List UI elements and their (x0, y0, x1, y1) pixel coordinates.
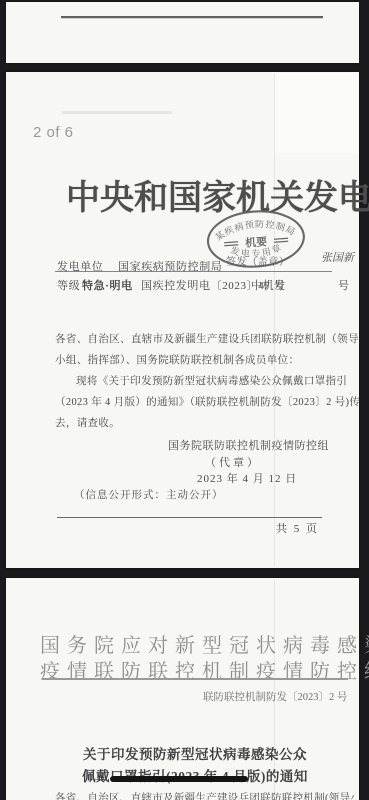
proxy-seal-note: （代章） (205, 454, 261, 470)
stamp-dash-left-bottom (224, 245, 238, 246)
pdf-viewer[interactable]: 2 of 6 中央和国家机关发电 某疾病预防控制局 机要 发电专用章 签发（盖章… (0, 0, 369, 800)
letterhead-rule (42, 678, 348, 680)
official-stamp: 某疾病预防控制局 机要 发电专用章 (201, 204, 311, 275)
notice-body-first-line: 各省、自治区、直辖市及新疆生产建设兵团联防联控机制(领导小 (55, 790, 355, 800)
scan-crease-line (274, 74, 275, 566)
stamp-dash-right-bottom (274, 241, 288, 242)
notice-title-line2: 佩戴口罩指引(2023 年 4 月版)的通知 (40, 765, 350, 785)
serial-prefix: 中机发 (251, 277, 286, 293)
redaction-bar (110, 776, 248, 782)
footer-rule (57, 517, 322, 518)
stamp-center-text: 机要 (245, 234, 268, 250)
stamp-dash-left-top (224, 242, 238, 243)
total-pages-label: 共 5 页 (276, 520, 319, 536)
page-indicator: 2 of 6 (33, 124, 74, 141)
notice-letterhead-line1: 国务院应对新型冠状病毒感染 (40, 629, 350, 658)
telegram-body-line: 去，请查收。 (55, 415, 120, 430)
scan-smudge (62, 111, 172, 114)
signer-name: 张国新 (321, 249, 354, 265)
grade-label: 等级 (57, 277, 80, 293)
disclosure-note: （信息公开形式：主动公开） (74, 487, 224, 502)
notice-title-line1: 关于印发预防新型冠状病毒感染公众 (40, 743, 350, 763)
notice-doc-number: 联防联控机制防发〔2023〕2 号 (203, 689, 347, 704)
previous-page-text-line (61, 16, 323, 18)
serial-suffix: 号 (338, 277, 350, 293)
scan-shading-artifact (275, 73, 358, 153)
signature-organization: 国务院联防联控机制疫情防控组 (168, 437, 329, 453)
grade-value: 特急·明电 (82, 277, 133, 293)
telegram-body-line: 各省、自治区、直辖市及新疆生产建设兵团联防联控机制（领导 (55, 331, 359, 346)
pdf-page-previous[interactable] (6, 2, 359, 63)
signature-date: 2023 年 4 月 12 日 (197, 470, 297, 486)
telegram-body-line: （2023 年 4 月版）的通知》（联防联控机制防发〔2023〕2 号)传 (55, 394, 360, 409)
telegram-body-line: 现将《关于印发预防新型冠状病毒感染公众佩戴口罩指引 (76, 373, 347, 388)
telegram-body-line: 小组、指挥部）、国务院联防联控机制各成员单位： (55, 352, 299, 367)
form-divider-line (55, 271, 332, 272)
stamp-dash-right-top (274, 238, 288, 239)
